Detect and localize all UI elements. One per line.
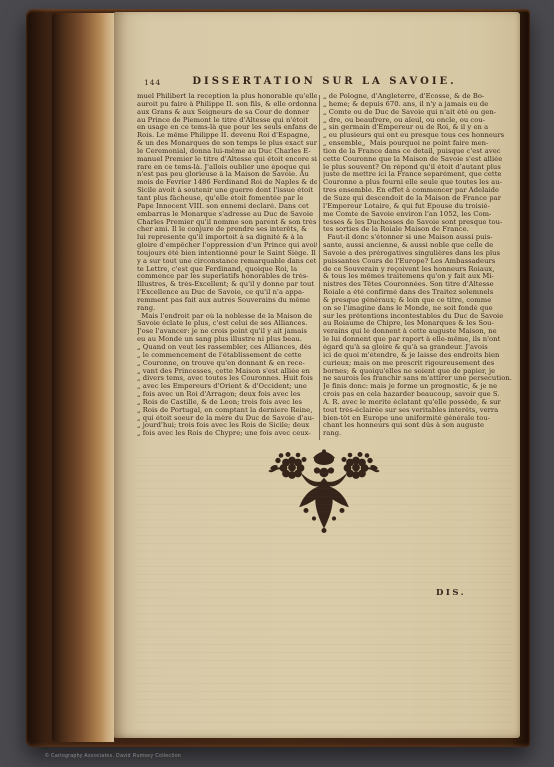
text-line: „ avec les Empereurs d'Orient & d'Occide…: [137, 383, 317, 391]
text-line: mois de Fevrier 1486 Ferdinand Roi de Na…: [137, 179, 317, 187]
text-line: & presque généraux; & loin que ce titre,…: [323, 297, 514, 305]
text-line: tesses & les Duchesses de Savoie sont pr…: [323, 219, 514, 227]
text-line: „ divers tems, avec toutes les Couronnes…: [137, 375, 317, 383]
text-line: Couronne a plus fourni elle seule que to…: [323, 179, 514, 187]
text-line: „ Couronne, on trouve qu'en donnant & en…: [137, 360, 317, 368]
text-line: on se l'imagine dans le Monde, ne soit f…: [323, 305, 514, 313]
text-line: auroit pu faire à Philippe II. son fils,…: [137, 101, 317, 109]
text-line: de ce Souverain y reçoivent les honneurs…: [323, 266, 514, 274]
text-line: Savoie éclate le plus, c'est celui de se…: [137, 320, 317, 328]
text-line: Rois. Le même Philippe II. devenu Roi d'…: [137, 132, 317, 140]
text-line: juste de mettre ici la France separément…: [323, 171, 514, 179]
text-line: lui represente qu'il importoit à sa dign…: [137, 234, 317, 242]
text-line: & tous les mêmes traitemens qu'on y fait…: [323, 273, 514, 281]
text-line: bien-tôt en Europe une uniformité généra…: [323, 415, 514, 423]
text-line: le lui donnent que par raport à elle-mêm…: [323, 336, 514, 344]
text-line: Faut-il donc s'étonner si une Maison aus…: [323, 234, 514, 242]
text-line: rang.: [323, 430, 514, 438]
text-line: curieux; mais on me prescrit rigoureusem…: [323, 360, 514, 368]
text-line: aux Grans & aux Seigneurs de sa Cour de …: [137, 109, 317, 117]
text-line: ne saurois les franchir sans m'attirer u…: [323, 375, 514, 383]
text-line: toujours été bien intentionné pour le Sa…: [137, 250, 317, 258]
text-line: „ heme; & depuis 670. ans, il n'y a jama…: [323, 101, 514, 109]
text-line: tant plus fâcheuse, qu'elle étoit foment…: [137, 195, 317, 203]
text-line: verains qui le donnent à cette auguste M…: [323, 328, 514, 336]
text-line: „ Rois de Castille, & de Leon; trois foi…: [137, 399, 317, 407]
text-line: „ vant des Princesses, cette Maison s'es…: [137, 368, 317, 376]
text-line: l'Excellence au Duc de Savoie, ce qu'il …: [137, 289, 317, 297]
text-line: sur les prétentions incontestables du Du…: [323, 313, 514, 321]
text-line: égard qu'à sa gloire & qu'à sa grandeur.…: [323, 344, 514, 352]
text-line: crois pas en cela hazarder beaucoup, sav…: [323, 391, 514, 399]
catchword: DIS.: [436, 588, 466, 598]
text-line: au Roiaume de Chipre, les Monarques & le…: [323, 320, 514, 328]
text-line: embarras le Monarque s'adresse au Duc de…: [137, 211, 317, 219]
text-line: & un des Monarques de son temps le plus …: [137, 140, 317, 148]
text-line: „ dre, ou beaufrere, ou aïeul, ou oncle,…: [323, 117, 514, 125]
text-line: Roiale a été confirmé dans des Traitez s…: [323, 289, 514, 297]
text-line: Mais l'endroit par où la noblesse de la …: [137, 313, 317, 321]
text-line: manuel Premier le titre d'Altesse qui ét…: [137, 156, 317, 164]
text-line: me Comte de Savoie environ l'an 1052, le…: [323, 211, 514, 219]
text-line: au Prince de Piemont le titre d'Altesse …: [137, 117, 317, 125]
text-line: „ qui étoit soeur de la mère du Duc de S…: [137, 415, 317, 423]
text-line: nistres des Têtes Couronnées. Son titre …: [323, 281, 514, 289]
floral-tailpiece-ornament: [268, 448, 380, 534]
text-line: „ Comte ou de Duc de Savoie qui n'ait ét…: [323, 109, 514, 117]
text-line: sante, aussi ancienne, & aussi noble que…: [323, 242, 514, 250]
text-line: „ Rois de Portugal, en comptant la derni…: [137, 407, 317, 415]
text-line: remment pas fait aux autres Souverains d…: [137, 297, 317, 305]
book-page: 144 DISSERTATION SUR LA SAVOIE. muel Phi…: [114, 12, 520, 738]
text-line: Je finis donc: mais je forme un prognost…: [323, 383, 514, 391]
right-text-column: „ de Pologne, d'Angleterre, d'Ecosse, & …: [323, 93, 514, 438]
text-line: muel Philibert la reception la plus hono…: [137, 93, 317, 101]
text-line: puissantes Cours de l'Europe? Les Ambass…: [323, 258, 514, 266]
page-title: DISSERTATION SUR LA SAVOIE.: [137, 76, 512, 87]
text-line: rare en ce tems-là. J'allois oublier une…: [137, 164, 317, 172]
collection-watermark: © Cartography Associates. David Rumsey C…: [45, 753, 181, 759]
text-line: l'Empereur Lotaire, & qui fut Epouse du …: [323, 203, 514, 211]
text-line: „ Quand on veut les rassembler, ces Alli…: [137, 344, 317, 352]
book-cover: 144 DISSERTATION SUR LA SAVOIE. muel Phi…: [26, 9, 530, 747]
text-line: Illustres, & très-Excellent; & qu'il y d…: [137, 281, 317, 289]
text-line: A. R. avec le merite éclatant qu'elle po…: [323, 399, 514, 407]
text-line: „ ensemble„ Mais pourquoi ne point faire…: [323, 140, 514, 148]
text-line: cher ami. Il le conjure de prendre ses i…: [137, 226, 317, 234]
page-edges-gutter: [52, 13, 114, 742]
text-line: „ de Pologne, d'Angleterre, d'Ecosse, & …: [323, 93, 514, 101]
text-line: Pape Innocent VIII. son ennemi declaré. …: [137, 203, 317, 211]
text-line: bornes; & quoiqu'elles ne soient que de …: [323, 368, 514, 376]
text-line: gloire d'empêcher l'oppression d'un Prin…: [137, 242, 317, 250]
text-line: le Ceremonial, donna lui-même au Duc Cha…: [137, 148, 317, 156]
text-line: tes sorties de la Roiale Maison de Franc…: [323, 226, 514, 234]
text-line: J'ose l'avancer: je ne crois point qu'il…: [137, 328, 317, 336]
text-line: le plus souvent? On répond qu'il étoit d…: [323, 164, 514, 172]
text-line: „ le commencement de l'établissement de …: [137, 352, 317, 360]
text-line: Sicile avoit à soutenir une guerre dont …: [137, 187, 317, 195]
text-line: y a sur tout une circonstance remarquabl…: [137, 258, 317, 266]
text-line: n'est pas peu glorieuse à la Maison de S…: [137, 171, 317, 179]
text-line: „ jourd'hui; trois fois avec les Rois de…: [137, 422, 317, 430]
text-line: chant les honneurs qui sont dûs à son au…: [323, 422, 514, 430]
text-line: Charles Premier qu'il nomme son parent &…: [137, 219, 317, 227]
text-line: „ fois avec les Rois de Chypre; une fois…: [137, 430, 317, 438]
text-line: tion de la France dans ce detail, puisqu…: [323, 148, 514, 156]
text-line: Savoie a des prérogatives singulières da…: [323, 250, 514, 258]
text-line: tout très-éclairée sur ses veritables in…: [323, 407, 514, 415]
text-line: de Suze qui descendoit de la Maison de F…: [323, 195, 514, 203]
left-text-column: muel Philibert la reception la plus hono…: [137, 93, 317, 438]
text-line: en usage en ce tems-là que pour les seul…: [137, 124, 317, 132]
column-divider-rule: [319, 95, 320, 440]
text-line: te Lettre, c'est que Ferdinand, quoique …: [137, 266, 317, 274]
text-line: rang.: [137, 305, 317, 313]
text-line: cette Couronne que la Maison de Savoie s…: [323, 156, 514, 164]
text-line: „ fois avec un Roi d'Arragon; deux fois …: [137, 391, 317, 399]
text-line: commence par les superlatifs honorables …: [137, 273, 317, 281]
text-line: „ eu plusieurs qui ont eu presque tous c…: [323, 132, 514, 140]
text-line: ici de quoi m'étendre, & je laisse des e…: [323, 352, 514, 360]
text-line: eu au Monde un sang plus illustre ni plu…: [137, 336, 317, 344]
text-line: tres ensemble. En effet à commencer par …: [323, 187, 514, 195]
text-line: „ sin germain d'Empereur ou de Roi, & il…: [323, 124, 514, 132]
